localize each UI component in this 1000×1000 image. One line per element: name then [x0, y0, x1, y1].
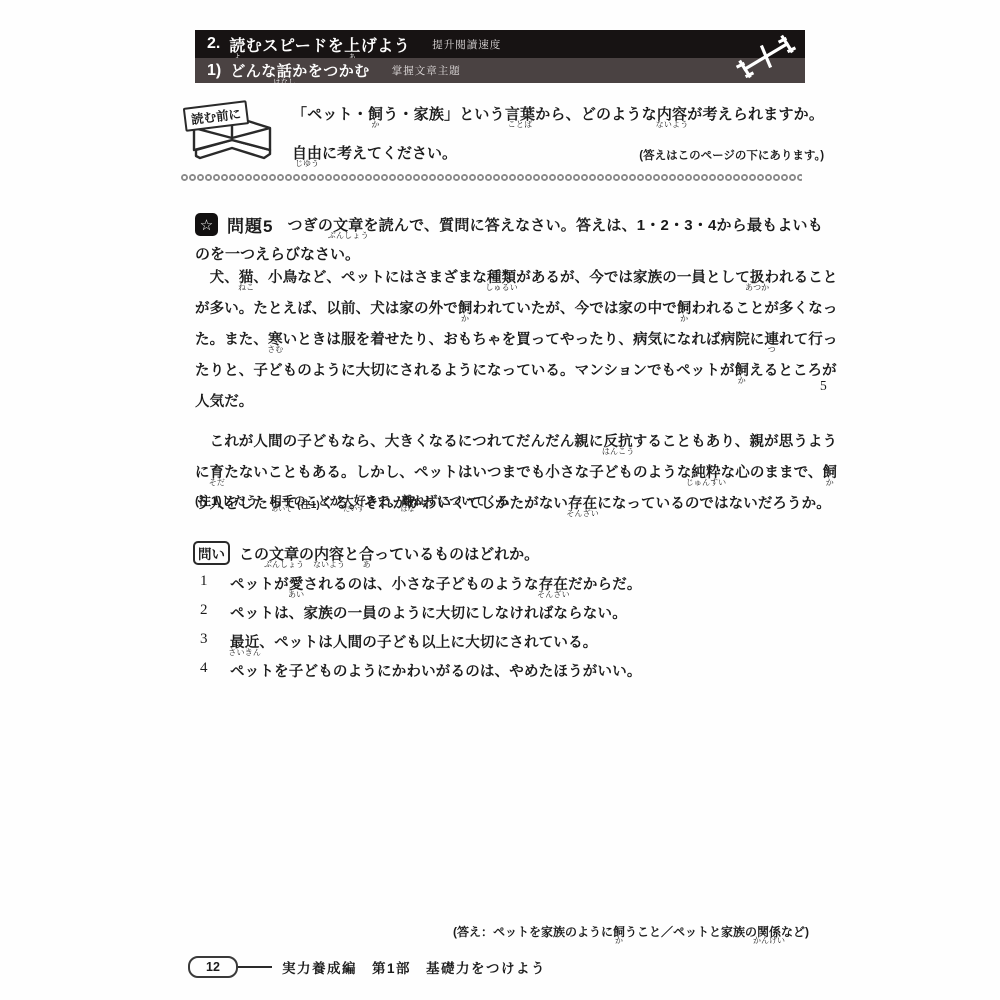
- page-number: 12: [188, 956, 238, 978]
- option-number: 3: [200, 631, 230, 648]
- passage-line: 人気だ。: [195, 390, 811, 421]
- option-text: ペットは、家族の一員のように大切にしなければならない。: [230, 602, 627, 623]
- pre-reading-question: 「ペット・飼かう・家族」という言葉ことばから、どのような内容ないようが考えられま…: [292, 103, 824, 124]
- footer-dash: [238, 966, 272, 969]
- subsection-title: どんな話はなしかをつかむ: [230, 60, 370, 81]
- open-book-icon: 読む前に: [186, 98, 280, 164]
- page-footer: 12 実力養成編 第1部 基礎力をつけよう: [188, 956, 546, 978]
- section-subtitle-chinese: 提升閱讀速度: [432, 37, 501, 52]
- question-label-box: 問い: [193, 541, 230, 565]
- section-header: 2. 読よむスピードを上あげよう 提升閱讀速度 1) どんな話はなしかをつかむ …: [195, 30, 805, 83]
- reading-passage: 犬、猫ねこ、小鳥など、ペットにはさまざまな種類しゅるいがあるが、今では家族の一員…: [195, 266, 811, 523]
- subsection-number: 1): [207, 62, 221, 80]
- option-number: 4: [200, 660, 230, 677]
- section-title: 読よむスピードを上あげよう: [229, 33, 410, 56]
- problem-instruction-line-1: つぎの文章ぶんしょうを読んで、質問に答えなさい。答えは、1・2・3・4から最もよ…: [287, 214, 823, 235]
- option-4: 4 ペットを子どものようにかわいがるのは、やめたほうがいい。: [200, 660, 812, 689]
- option-text: ペットが愛あいされるのは、小さな子どものような存在そんざいだからだ。: [230, 573, 642, 594]
- option-3: 3 最近さいきん、ペットは人間の子ども以上に大切にされている。: [200, 631, 812, 660]
- pre-reading-block: 読む前に 「ペット・飼かう・家族」という言葉ことばから、どのような内容ないようが…: [186, 98, 806, 164]
- pre-reading-text: 「ペット・飼かう・家族」という言葉ことばから、どのような内容ないようが考えられま…: [280, 98, 824, 164]
- textbook-page: 2. 読よむスピードを上あげよう 提升閱讀速度 1) どんな話はなしかをつかむ …: [0, 0, 1000, 1000]
- option-number: 1: [200, 573, 230, 590]
- crossed-keys-icon: [735, 33, 797, 80]
- pre-reading-instruction: 自由じゆうに考えてください。: [292, 142, 457, 163]
- passage-line: に育そだたないこともある。しかし、ペットはいつまでも小さな子どものような純粋じゅ…: [195, 461, 811, 492]
- section-header-row-2: 1) どんな話はなしかをつかむ 掌握文章主題: [195, 58, 805, 83]
- passage-line: が多い。たとえば、以前、犬は家の外で飼かわれていたが、今では家の中で飼かわれるこ…: [195, 297, 811, 328]
- passage-line: たりと、子どものように大切にされるようになっている。マンションでもペットが飼かえ…: [195, 359, 811, 390]
- pre-reading-answer: (答え：ペットを家族のように飼かうこと／ペットと家族の関係かんけいなど): [195, 923, 809, 940]
- line-number-marker: 5: [820, 378, 827, 394]
- option-2: 2 ペットは、家族の一員のように大切にしなければならない。: [200, 602, 812, 631]
- section-header-row-1: 2. 読よむスピードを上あげよう 提升閱讀速度: [195, 30, 805, 58]
- question-prompt: この文章ぶんしょうの内容ないようと合あっているものはどれか。: [239, 543, 539, 564]
- passage-line: た。また、寒さむいときは服を着せたり、おもちゃを買ってやったり、病気になれば病院…: [195, 328, 811, 359]
- problem-number-label: 問題5: [227, 212, 273, 237]
- footer-breadcrumb: 実力養成編 第1部 基礎力をつけよう: [282, 957, 546, 977]
- passage-line: これが人間の子どもなら、大きくなるにつれてだんだん親に反抗はんこうすることもあり…: [195, 430, 811, 461]
- option-text: ペットを子どものようにかわいがるのは、やめたほうがいい。: [230, 660, 642, 681]
- problem-heading: ☆ 問題5 つぎの文章ぶんしょうを読んで、質問に答えなさい。答えは、1・2・3・…: [195, 212, 811, 237]
- option-1: 1 ペットが愛あいされるのは、小さな子どものような存在そんざいだからだ。: [200, 573, 812, 602]
- subsection-subtitle-chinese: 掌握文章主題: [392, 63, 461, 78]
- option-text: 最近さいきん、ペットは人間の子ども以上に大切にされている。: [230, 631, 598, 652]
- option-number: 2: [200, 602, 230, 619]
- star-icon: ☆: [195, 213, 218, 236]
- chain-divider: [180, 173, 802, 182]
- answer-location-note: (答えはこのページの下にあります。): [639, 147, 824, 163]
- paragraph-1: 犬、猫ねこ、小鳥など、ペットにはさまざまな種類しゅるいがあるが、今では家族の一員…: [195, 266, 811, 421]
- section-number: 2.: [207, 35, 220, 53]
- question-heading: 問い この文章ぶんしょうの内容ないようと合あっているものはどれか。: [193, 541, 539, 565]
- passage-line: 犬、猫ねこ、小鳥など、ペットにはさまざまな種類しゅるいがあるが、今では家族の一員…: [195, 266, 811, 297]
- problem-instruction-line-2: のを一つえらびなさい。: [195, 243, 360, 264]
- vocabulary-note: (注1)したう：相手あいてのことが大好だいすきで、離はなれずについてくる: [195, 492, 509, 509]
- answer-options: 1 ペットが愛あいされるのは、小さな子どものような存在そんざいだからだ。 2 ペ…: [200, 573, 812, 689]
